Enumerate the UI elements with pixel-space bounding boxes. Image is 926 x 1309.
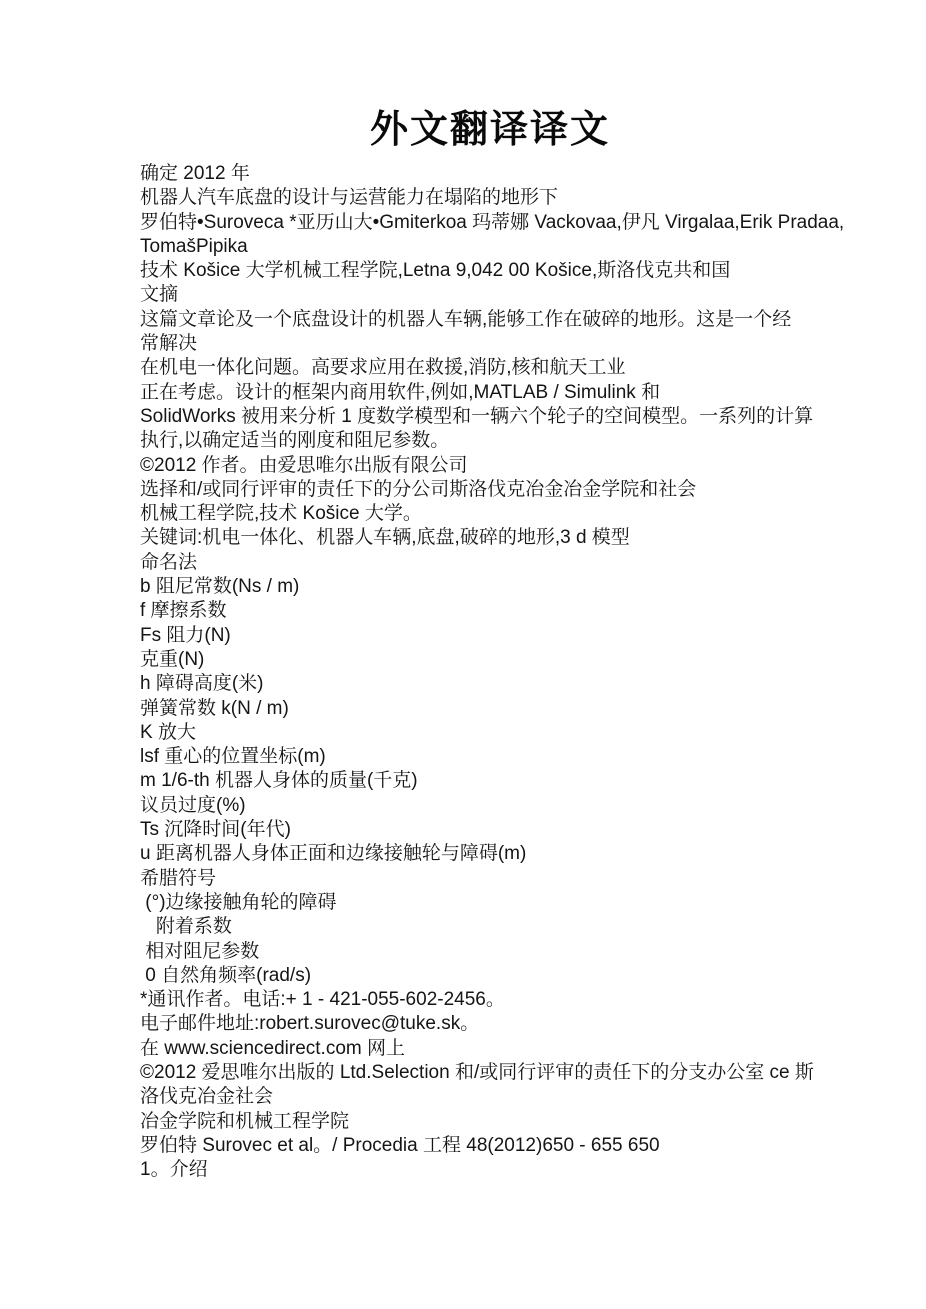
text-line: *通讯作者。电话:+ 1 - 421-055-602-2456。	[140, 988, 840, 1012]
document-page: 外文翻译译文 确定 2012 年机器人汽车底盘的设计与运营能力在塌陷的地形下罗伯…	[140, 106, 840, 1182]
text-line: m 1/6-th 机器人身体的质量(千克)	[140, 769, 840, 793]
text-line: 0 自然角频率(rad/s)	[140, 964, 840, 988]
text-line: 罗伯特 Surovec et al。/ Procedia 工程 48(2012)…	[140, 1134, 840, 1158]
text-line: h 障碍高度(米)	[140, 672, 840, 696]
text-line: 在 www.sciencedirect.com 网上	[140, 1037, 840, 1061]
text-line: SolidWorks 被用来分析 1 度数学模型和一辆六个轮子的空间模型。一系列…	[140, 405, 840, 429]
text-line: ©2012 作者。由爱思唯尔出版有限公司	[140, 454, 840, 478]
text-line: 正在考虑。设计的框架内商用软件,例如,MATLAB / Simulink 和	[140, 381, 840, 405]
text-line: 命名法	[140, 551, 840, 575]
text-line: ©2012 爱思唯尔出版的 Ltd.Selection 和/或同行评审的责任下的…	[140, 1061, 840, 1085]
text-line: 弹簧常数 k(N / m)	[140, 697, 840, 721]
text-line: 在机电一体化问题。高要求应用在救援,消防,核和航天工业	[140, 356, 840, 380]
text-line: 这篇文章论及一个底盘设计的机器人车辆,能够工作在破碎的地形。这是一个经	[140, 308, 840, 332]
text-line: 冶金学院和机械工程学院	[140, 1110, 840, 1134]
text-line: 议员过度(%)	[140, 794, 840, 818]
text-line: lsf 重心的位置坐标(m)	[140, 745, 840, 769]
text-line: 希腊符号	[140, 867, 840, 891]
text-line: 文摘	[140, 283, 840, 307]
text-line: 确定 2012 年	[140, 162, 840, 186]
text-line: K 放大	[140, 721, 840, 745]
document-body: 确定 2012 年机器人汽车底盘的设计与运营能力在塌陷的地形下罗伯特•Surov…	[140, 162, 840, 1182]
text-line: 附着系数	[140, 915, 840, 939]
text-line: 洛伐克冶金社会	[140, 1085, 840, 1109]
text-line: 常解决	[140, 332, 840, 356]
text-line: 1。介绍	[140, 1158, 840, 1182]
text-line: 选择和/或同行评审的责任下的分公司斯洛伐克冶金冶金学院和社会	[140, 478, 840, 502]
text-line: 克重(N)	[140, 648, 840, 672]
text-line: 机械工程学院,技术 Košice 大学。	[140, 502, 840, 526]
document-title: 外文翻译译文	[140, 106, 840, 154]
text-line: 电子邮件地址:robert.surovec@tuke.sk。	[140, 1012, 840, 1036]
text-line: 相对阻尼参数	[140, 940, 840, 964]
text-line: TomašPipika	[140, 235, 840, 259]
text-line: 技术 Košice 大学机械工程学院,Letna 9,042 00 Košice…	[140, 259, 840, 283]
text-line: 关键词:机电一体化、机器人车辆,底盘,破碎的地形,3 d 模型	[140, 526, 840, 550]
text-line: 执行,以确定适当的刚度和阻尼参数。	[140, 429, 840, 453]
text-line: 罗伯特•Suroveca *亚历山大•Gmiterkoa 玛蒂娜 Vackova…	[140, 211, 840, 235]
text-line: 机器人汽车底盘的设计与运营能力在塌陷的地形下	[140, 186, 840, 210]
text-line: b 阻尼常数(Ns / m)	[140, 575, 840, 599]
text-line: f 摩擦系数	[140, 599, 840, 623]
text-line: Fs 阻力(N)	[140, 624, 840, 648]
text-line: (°)边缘接触角轮的障碍	[140, 891, 840, 915]
text-line: Ts 沉降时间(年代)	[140, 818, 840, 842]
text-line: u 距离机器人身体正面和边缘接触轮与障碍(m)	[140, 842, 840, 866]
